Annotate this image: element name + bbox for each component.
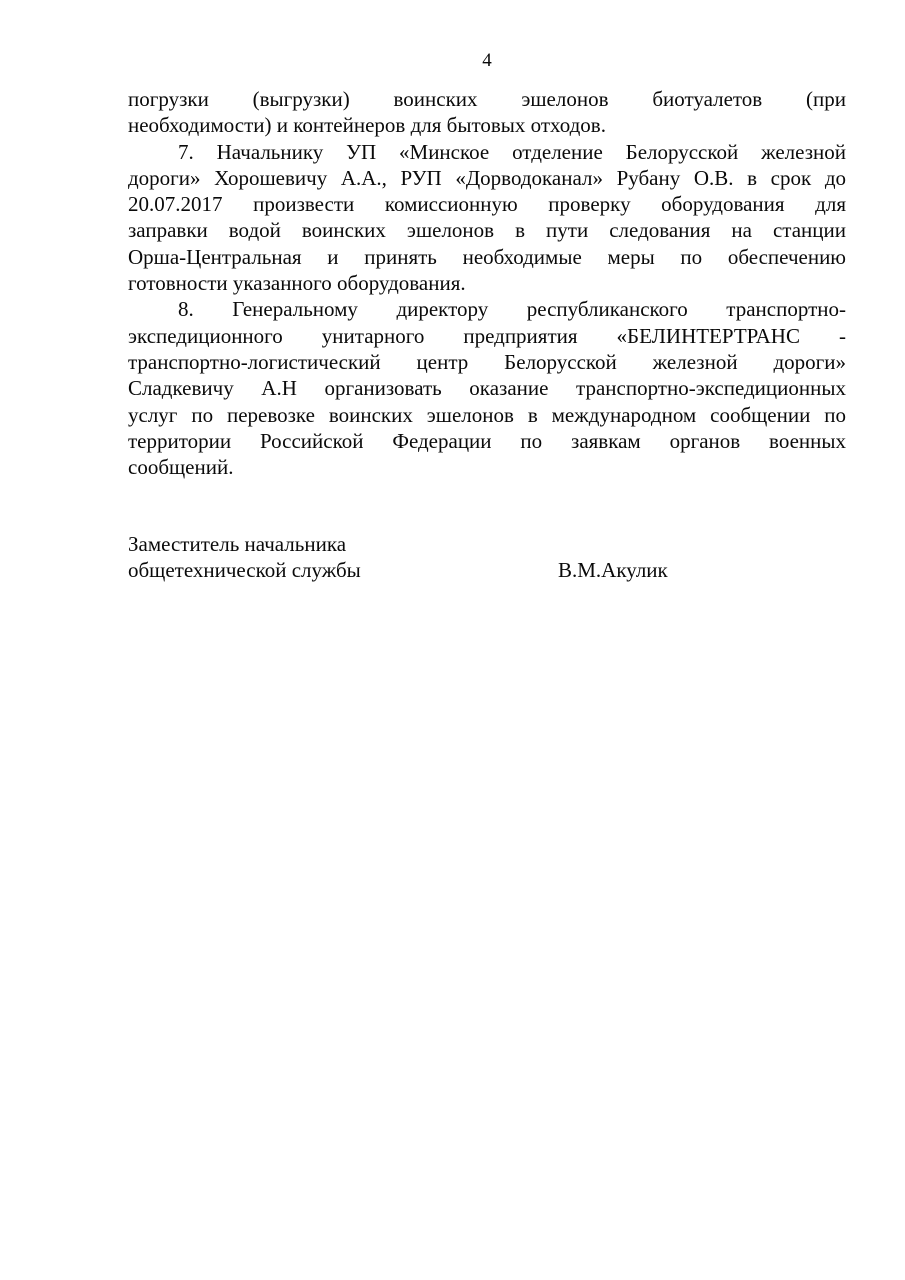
document-line: территории Российской Федерации по заявк… (128, 428, 846, 454)
document-line: Сладкевичу А.Н организовать оказание тра… (128, 375, 846, 401)
document-line: экспедиционного унитарного предприятия «… (128, 323, 846, 349)
signature-name: В.М.Акулик (558, 557, 668, 583)
document-body: погрузки (выгрузки) воинских эшелонов би… (128, 86, 846, 480)
document-line: готовности указанного оборудования. (128, 270, 846, 296)
document-line: услуг по перевозке воинских эшелонов в м… (128, 402, 846, 428)
document-line: 20.07.2017 произвести комиссионную прове… (128, 191, 846, 217)
document-line: 7. Начальнику УП «Минское отделение Бело… (128, 139, 846, 165)
document-line: необходимости) и контейнеров для бытовых… (128, 112, 846, 138)
signature-position: Заместитель начальника общетехнической с… (128, 531, 846, 584)
document-line: транспортно-логистический центр Белорусс… (128, 349, 846, 375)
document-line: Орша-Центральная и принять необходимые м… (128, 244, 846, 270)
signature-position-line-2: общетехнической службы (128, 557, 846, 583)
document-line: сообщений. (128, 454, 846, 480)
document-line: 8. Генеральному директору республиканско… (128, 296, 846, 322)
signature-position-line-1: Заместитель начальника (128, 531, 846, 557)
document-line: погрузки (выгрузки) воинских эшелонов би… (128, 86, 846, 112)
document-page: 4 погрузки (выгрузки) воинских эшелонов … (0, 0, 905, 1280)
document-line: дороги» Хорошевичу А.А., РУП «Дорводокан… (128, 165, 846, 191)
document-line: заправки водой воинских эшелонов в пути … (128, 217, 846, 243)
page-number: 4 (128, 49, 846, 73)
signature-block: Заместитель начальника общетехнической с… (128, 531, 846, 584)
